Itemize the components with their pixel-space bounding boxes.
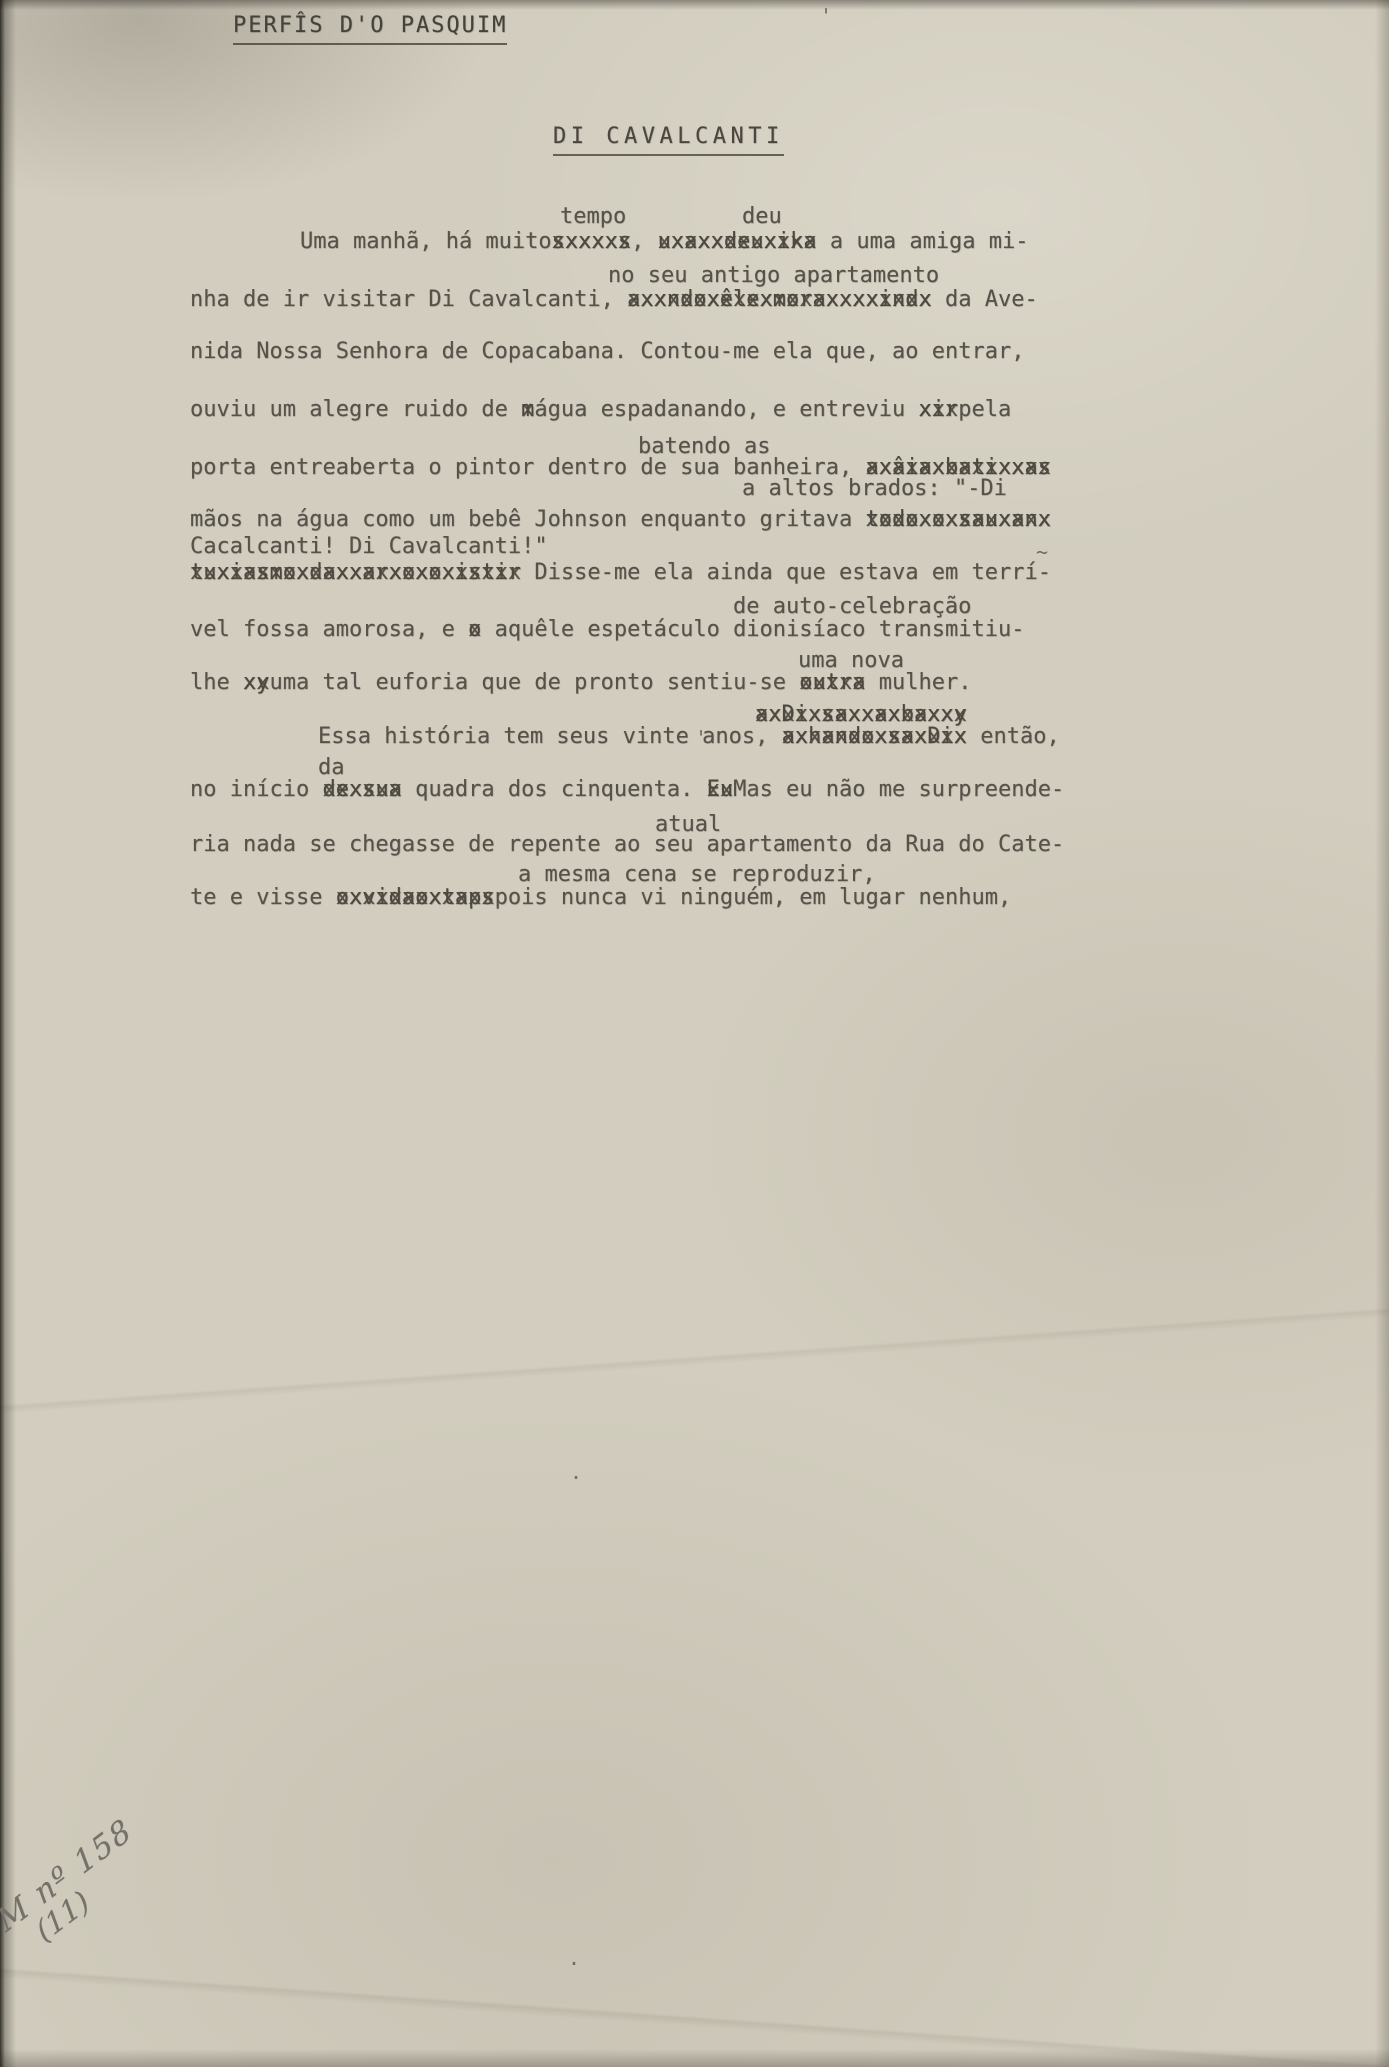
overtyped-strikeout: Euxx [707, 778, 734, 801]
typescript-line: te e visse oxvidaoxtapsxxxxxxxxxxxxpois … [190, 886, 1011, 909]
typescript-line: da [318, 756, 345, 779]
typescript-line: axDixsaxxaxbaxxyxxxxxxxxxxxxxxxx [755, 703, 967, 726]
typescript-text: tempo [560, 204, 626, 229]
overtyped-strikeout: sxxxxsxxxxxx [552, 230, 631, 253]
typescript-text: mulher. [866, 670, 972, 695]
typescript-line: tempo [560, 205, 626, 228]
typescript-text: ria nada se chegasse de repente ao seu a… [190, 832, 1064, 857]
overtyped-strikeout: axxndoxêlexmoraxxxxindxxxxxxxxxxxxxxxxxx… [627, 288, 932, 311]
typescript-text: no seu antigo apartamento [608, 263, 939, 288]
overtyped-strikeout: oxvidaoxtapsxxxxxxxxxxxx [336, 886, 495, 909]
typescript-line: a altos brados: "-Di [742, 477, 1007, 500]
typescript-text: no início [190, 777, 322, 802]
ink-speck: ~ [1036, 540, 1048, 564]
typescript-text: pois nunca vi ninguém, em lugar nenhum, [495, 885, 1012, 910]
typescript-text: nha de ir visitar Di Cavalcanti, [190, 287, 627, 312]
typescript-text: pela [958, 397, 1011, 422]
overtyped-strikeout: uxaxxdeuxikaxxxxxxxxxxxx [658, 230, 817, 253]
typescript-text: uma tal euforia que de pronto sentiu-se [269, 670, 799, 695]
scanned-page: PERFÎS D'O PASQUIM DI CAVALCANTI tempode… [0, 0, 1389, 2067]
typescript-line: no início dexsuaxxxxxx quadra dos cinque… [190, 778, 1064, 801]
overtyped-strikeout: tuxiasmoxdaxxarxoxoxistirxxxxxxxxxxxxxxx… [190, 561, 521, 584]
ink-speck: ' [695, 726, 707, 750]
overtyped-strikeout: xyxx [243, 671, 270, 694]
overtyped-strikeout: todoxoxsauxanxxxxxxxxxxxxxxx [866, 508, 1051, 531]
handwritten-note: VM nº 158 (11) [0, 1791, 182, 1980]
typescript-line: no seu antigo apartamento [608, 264, 939, 287]
ink-speck: . [570, 1460, 582, 1484]
typescript-text: de auto-celebração [733, 594, 971, 619]
typescript-text: água espadanando, e entreviu [534, 397, 918, 422]
typescript-line: Uma manhã, há muitosxxxxsxxxxxx, uxaxxde… [300, 230, 1029, 253]
ink-speck: . [568, 1946, 580, 1970]
typescript-text: te e visse [190, 885, 336, 910]
overtyped-strikeout: xirxxx [919, 398, 959, 421]
overtyped-strikeout: outraxxxxx [799, 671, 865, 694]
typescript-line: uma nova [798, 649, 904, 672]
typescript-text: Mas eu não me surpreende- [733, 777, 1064, 802]
typescript-line: deu [742, 205, 782, 228]
typescript-text: , [631, 229, 658, 254]
typescript-text: quadra dos cinquenta. [402, 777, 707, 802]
typescript-line: mãos na água como um bebê Johnson enquan… [190, 508, 1051, 531]
overtyped-strikeout: ox [468, 618, 481, 641]
overtyped-strikeout: axDixsaxxaxbaxxyxxxxxxxxxxxxxxxx [755, 703, 967, 726]
overtyped-strikeout: axhandoxsaxDixxxxxxxxxxxxxxx [782, 725, 967, 748]
typescript-text: lhe [190, 670, 243, 695]
typescript-line: de auto-celebração [733, 595, 971, 618]
typescript-text: Uma manhã, há muito [300, 229, 552, 254]
page-title: DI CAVALCANTI [553, 124, 784, 156]
page-header: PERFÎS D'O PASQUIM [233, 13, 507, 45]
typescript-line: vel fossa amorosa, e ox aquêle espetácul… [190, 618, 1024, 641]
typescript-text: Disse-me ela ainda que estava em terrí- [521, 560, 1051, 585]
typescript-text: a mesma cena se reproduzir, [518, 862, 876, 887]
typescript-line: lhe xyxxuma tal euforia que de pronto se… [190, 671, 972, 694]
typescript-text: a uma amiga mi- [817, 229, 1029, 254]
typescript-line: ouviu um alegre ruido de mxágua espadana… [190, 398, 1011, 421]
typescript-text: da Ave- [932, 287, 1038, 312]
typescript-text: vel fossa amorosa, e [190, 617, 468, 642]
typescript-text: mãos na água como um bebê Johnson enquan… [190, 507, 866, 532]
typescript-line: nida Nossa Senhora de Copacabana. Contou… [190, 340, 1024, 363]
typescript-text: aquêle espetáculo dionisíaco transmitiu- [481, 617, 1024, 642]
typescript-text: ouviu um alegre ruido de [190, 397, 521, 422]
typescript-line: Essa história tem seus vinte anos, axhan… [318, 725, 1060, 748]
overtyped-strikeout: mx [521, 398, 534, 421]
typescript-text: então, [967, 724, 1060, 749]
overtyped-strikeout: dexsuaxxxxxx [322, 778, 401, 801]
typescript-line: Cacalcanti! Di Cavalcanti!" [190, 535, 548, 558]
typescript-line: a mesma cena se reproduzir, [518, 863, 876, 886]
typescript-text: nida Nossa Senhora de Copacabana. Contou… [190, 339, 1024, 364]
typescript-line: tuxiasmoxdaxxarxoxoxistirxxxxxxxxxxxxxxx… [190, 561, 1051, 584]
typescript-text: Cacalcanti! Di Cavalcanti!" [190, 534, 548, 559]
ink-speck: ' [820, 4, 832, 28]
typescript-text: deu [742, 204, 782, 229]
typescript-line: nha de ir visitar Di Cavalcanti, axxndox… [190, 288, 1038, 311]
typescript-text: Essa história tem seus vinte anos, [318, 724, 782, 749]
typescript-line: ria nada se chegasse de repente ao seu a… [190, 833, 1064, 856]
typescript-text: a altos brados: "-Di [742, 476, 1007, 501]
